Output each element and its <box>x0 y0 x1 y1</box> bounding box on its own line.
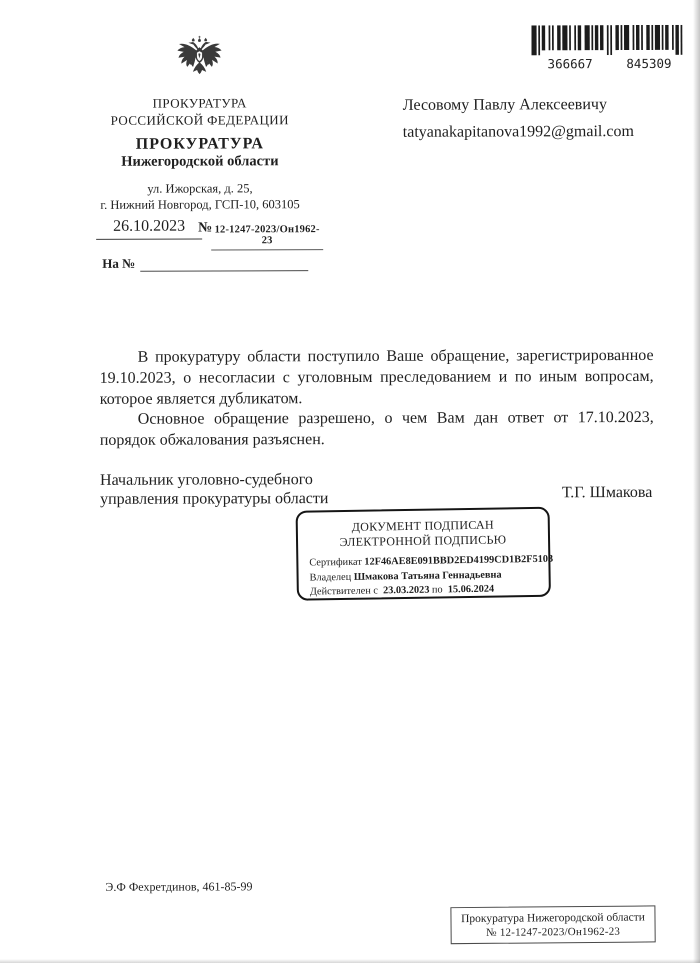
owner-value: Шмакова Татьяна Геннадьевна <box>354 569 502 582</box>
org-address-line1: ул. Ижорская, д. 25, <box>84 180 316 197</box>
reply-to-label: На № <box>102 256 135 272</box>
registration-stamp-box: Прокуратура Нижегородской области № 12-1… <box>450 905 655 944</box>
outgoing-number: 12-1247-2023/Он1962-23 <box>211 224 323 250</box>
body-line: В прокуратуру области поступило Ваше обр… <box>100 346 654 369</box>
electronic-signature-stamp: ДОКУМЕНТ ПОДПИСАН ЭЛЕКТРОННОЙ ПОДПИСЬЮ С… <box>296 507 551 601</box>
signer-position: Начальник уголовно-судебного управления … <box>100 471 329 509</box>
validity-label: Действителен с <box>310 585 378 597</box>
letterhead: ПРОКУРАТУРА РОССИЙСКОЙ ФЕДЕРАЦИИ ПРОКУРА… <box>84 95 316 213</box>
org-address-line2: г. Нижний Новгород, ГСП-10, 603105 <box>84 196 316 213</box>
body-line: 19.10.2023, о несогласии с уголовным пре… <box>100 367 654 390</box>
letter-body: В прокуратуру области поступило Ваше обр… <box>100 346 654 452</box>
org-name-line1: ПРОКУРАТУРА <box>84 135 316 154</box>
signer-name: Т.Г. Шмакова <box>562 484 652 502</box>
registration-org: Прокуратура Нижегородской области <box>451 910 654 926</box>
stamp-validity-line: Действителен с 23.03.2023 по 15.06.2024 <box>310 582 541 600</box>
executor-contact: Э.Ф Фехретдинов, 461-85-99 <box>105 879 252 895</box>
recipient-email: tatyanakapitanova1992@gmail.com <box>403 122 634 142</box>
russian-eagle-emblem <box>174 27 224 89</box>
body-line: порядок обжалования разъяснен. <box>100 429 654 452</box>
validity-from-date: 23.03.2023 <box>383 585 430 597</box>
barcode-right-digits: 845309 <box>626 56 671 71</box>
body-line: которое является дубликатом. <box>100 388 654 411</box>
scanned-letter-page: ПРОКУРАТУРА РОССИЙСКОЙ ФЕДЕРАЦИИ ПРОКУРА… <box>0 0 700 963</box>
validity-to-date: 15.06.2024 <box>448 584 495 596</box>
body-line: Основное обращение разрешено, о чем Вам … <box>100 408 654 431</box>
org-name-line2: Нижегородской области <box>84 153 316 171</box>
signer-position-line1: Начальник уголовно-судебного <box>100 471 328 490</box>
recipient-block: Лесовому Павлу Алексеевичу tatyanakapita… <box>403 95 634 142</box>
outgoing-date: 26.10.2023 <box>96 218 202 240</box>
stamp-title-line2: ЭЛЕКТРОННОЙ ПОДПИСЬЮ <box>298 531 548 549</box>
number-sign: № <box>198 220 212 236</box>
validity-to-label: по <box>432 584 443 595</box>
recipient-name: Лесовому Павлу Алексеевичу <box>403 95 634 115</box>
certificate-label: Сертификат <box>309 557 362 569</box>
org-federation-line1: ПРОКУРАТУРА <box>84 95 316 112</box>
signer-position-line2: управления прокуратуры области <box>100 490 328 509</box>
certificate-value: 12F46AE8E091BBD2ED4199CD1B2F5103 <box>364 554 553 568</box>
org-federation-line2: РОССИЙСКОЙ ФЕДЕРАЦИИ <box>84 112 316 129</box>
registration-number: № 12-1247-2023/Он1962-23 <box>452 924 655 940</box>
barcode-bars <box>531 25 687 56</box>
owner-label: Владелец <box>310 571 352 583</box>
registration-barcode: 366667 845309 <box>531 25 687 72</box>
reply-to-blank-line <box>140 256 308 272</box>
barcode-left-digits: 366667 <box>548 56 593 71</box>
